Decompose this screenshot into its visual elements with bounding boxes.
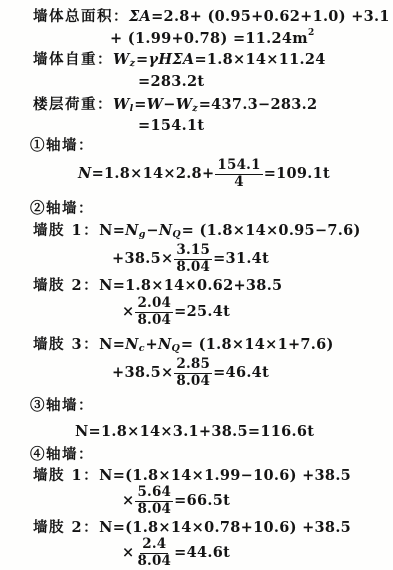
fraction: 5.648.04 [135,485,173,517]
fraction-denominator: 8.04 [174,260,212,275]
document-page: 墙体总面积：ΣA=2.8+ (0.95+0.62+1.0) +3.1+ (1.9… [0,0,393,570]
fraction-numerator: 3.15 [174,243,212,260]
math-text: = [134,96,146,113]
label-text: ③轴墙： [30,397,94,414]
heading-axis-wall-4: ④轴墙： [30,446,94,463]
math-text: =44.6t [174,544,230,561]
fraction-numerator: 2.4 [140,537,168,554]
math-text: =1.8×14×11.24 [194,51,325,68]
line-limb-3: 墙肢 3：N=Nc+NQ= (1.8×14×1+7.6) [33,336,334,353]
fraction-numerator: 2.04 [135,296,173,313]
line-limb-2: 墙肢 2：N=1.8×14×0.62+38.5 [33,277,282,294]
math-text: =25.4t [174,303,230,320]
fraction-denominator: 8.04 [174,374,212,389]
fraction: 154.14 [215,158,262,190]
math-text: =66.5t [174,492,230,509]
math-text: =1.8×14×2.8+ [92,165,215,182]
line-wall-self-weight-result: =283.2t [138,73,204,90]
fraction: 3.158.04 [174,243,212,275]
fraction-denominator: 8.04 [135,502,173,517]
math-text: N=1.8×14×0.62+38.5 [99,277,282,294]
line-wall-total-area-cont: + (1.99+0.78) =11.24m2 [110,30,314,47]
fraction-numerator: 2.85 [174,357,212,374]
math-text: + (1.99+0.78) =11.24m [110,30,308,47]
line-limb-1-cont: +38.5×3.158.04=31.4t [112,243,269,275]
math-text: =31.4t [213,250,269,267]
math-text: =437.3−283.2 [199,96,318,113]
math-variable: N [125,336,139,353]
line-axis4-limb-1-cont: ×5.648.04=66.5t [122,485,230,517]
fraction-denominator: 8.04 [135,554,173,569]
fraction-numerator: 5.64 [135,485,173,502]
subscript: z [130,58,135,69]
subscript: Q [172,229,180,240]
math-text: +38.5× [112,250,173,267]
heading-axis-wall-3: ③轴墙： [30,397,94,414]
subscript: g [139,229,146,240]
line-axis-wall-3-calc: N=1.8×14×3.1+38.5=116.6t [75,423,314,440]
math-text: = (1.8×14×0.95−7.6) [182,222,361,239]
math-variable: W [113,51,130,68]
heading-axis-wall-2: ②轴墙： [30,200,94,217]
math-text: =46.4t [213,364,269,381]
math-variable: γHΣA [148,51,194,68]
subscript: c [139,343,145,354]
line-wall-total-area: 墙体总面积：ΣA=2.8+ (0.95+0.62+1.0) +3.1 [33,8,390,25]
math-text: =109.1t [264,165,330,182]
line-axis4-limb-1: 墙肢 1：N=(1.8×14×1.99−10.6) +38.5 [33,467,351,484]
label-text: ②轴墙： [30,200,94,217]
label-text: ①轴墙： [30,137,94,154]
math-variable: N [158,336,172,353]
line-axis4-limb-2-cont: ×2.48.04=44.6t [122,537,230,569]
math-text: =283.2t [138,73,204,90]
math-variable: N [159,222,173,239]
fraction-denominator: 4 [232,175,246,190]
line-wall-self-weight: 墙体自重：Wz=γHΣA=1.8×14×11.24 [33,51,326,68]
line-axis4-limb-2: 墙肢 2：N=(1.8×14×0.78+10.6) +38.5 [33,519,351,536]
line-limb-1: 墙肢 1：N=Ng−NQ= (1.8×14×0.95−7.6) [33,222,361,239]
math-text: N= [99,336,125,353]
superscript: 2 [308,28,314,39]
math-variable: ΣA [129,8,151,25]
math-text: N=(1.8×14×1.99−10.6) +38.5 [99,467,351,484]
fraction: 2.48.04 [135,537,173,569]
math-text: =2.8+ (0.95+0.62+1.0) +3.1 [151,8,390,25]
math-text: × [122,492,134,509]
math-text: = (1.8×14×1+7.6) [181,336,334,353]
subscript: Q [172,343,180,354]
math-variable: W [113,96,130,113]
math-text: − [146,222,158,239]
label-text: ④轴墙： [30,446,94,463]
math-variable: W [176,96,193,113]
math-text: N=(1.8×14×0.78+10.6) +38.5 [99,519,351,536]
label-text: 墙肢 1： [33,222,99,239]
math-text: +38.5× [112,364,173,381]
math-text: × [122,544,134,561]
label-text: 楼层荷重： [33,96,113,113]
heading-axis-wall-1: ①轴墙： [30,137,94,154]
label-text: 墙体自重： [33,51,113,68]
label-text: 墙肢 2： [33,519,99,536]
math-text: =154.1t [138,117,204,134]
subscript: z [192,103,197,114]
fraction: 2.858.04 [174,357,212,389]
line-limb-3-cont: +38.5×2.858.04=46.4t [112,357,269,389]
math-text: N= [99,222,125,239]
math-variable: W [147,96,164,113]
line-axis-wall-1-calc: N=1.8×14×2.8+154.14=109.1t [78,158,330,190]
label-text: 墙肢 3： [33,336,99,353]
math-text: × [122,303,134,320]
math-text: − [163,96,175,113]
fraction-denominator: 8.04 [135,313,173,328]
math-text: N=1.8×14×3.1+38.5=116.6t [75,423,314,440]
math-text: = [136,51,148,68]
subscript: l [130,103,134,114]
fraction-numerator: 154.1 [215,158,262,175]
math-variable: N [78,165,92,182]
math-variable: N [125,222,139,239]
fraction: 2.048.04 [135,296,173,328]
label-text: 墙肢 1： [33,467,99,484]
line-floor-load: 楼层荷重：Wl=W−Wz=437.3−283.2 [33,96,317,113]
label-text: 墙体总面积： [33,8,129,25]
math-text: + [146,336,158,353]
line-limb-2-cont: ×2.048.04=25.4t [122,296,230,328]
line-floor-load-result: =154.1t [138,117,204,134]
label-text: 墙肢 2： [33,277,99,294]
